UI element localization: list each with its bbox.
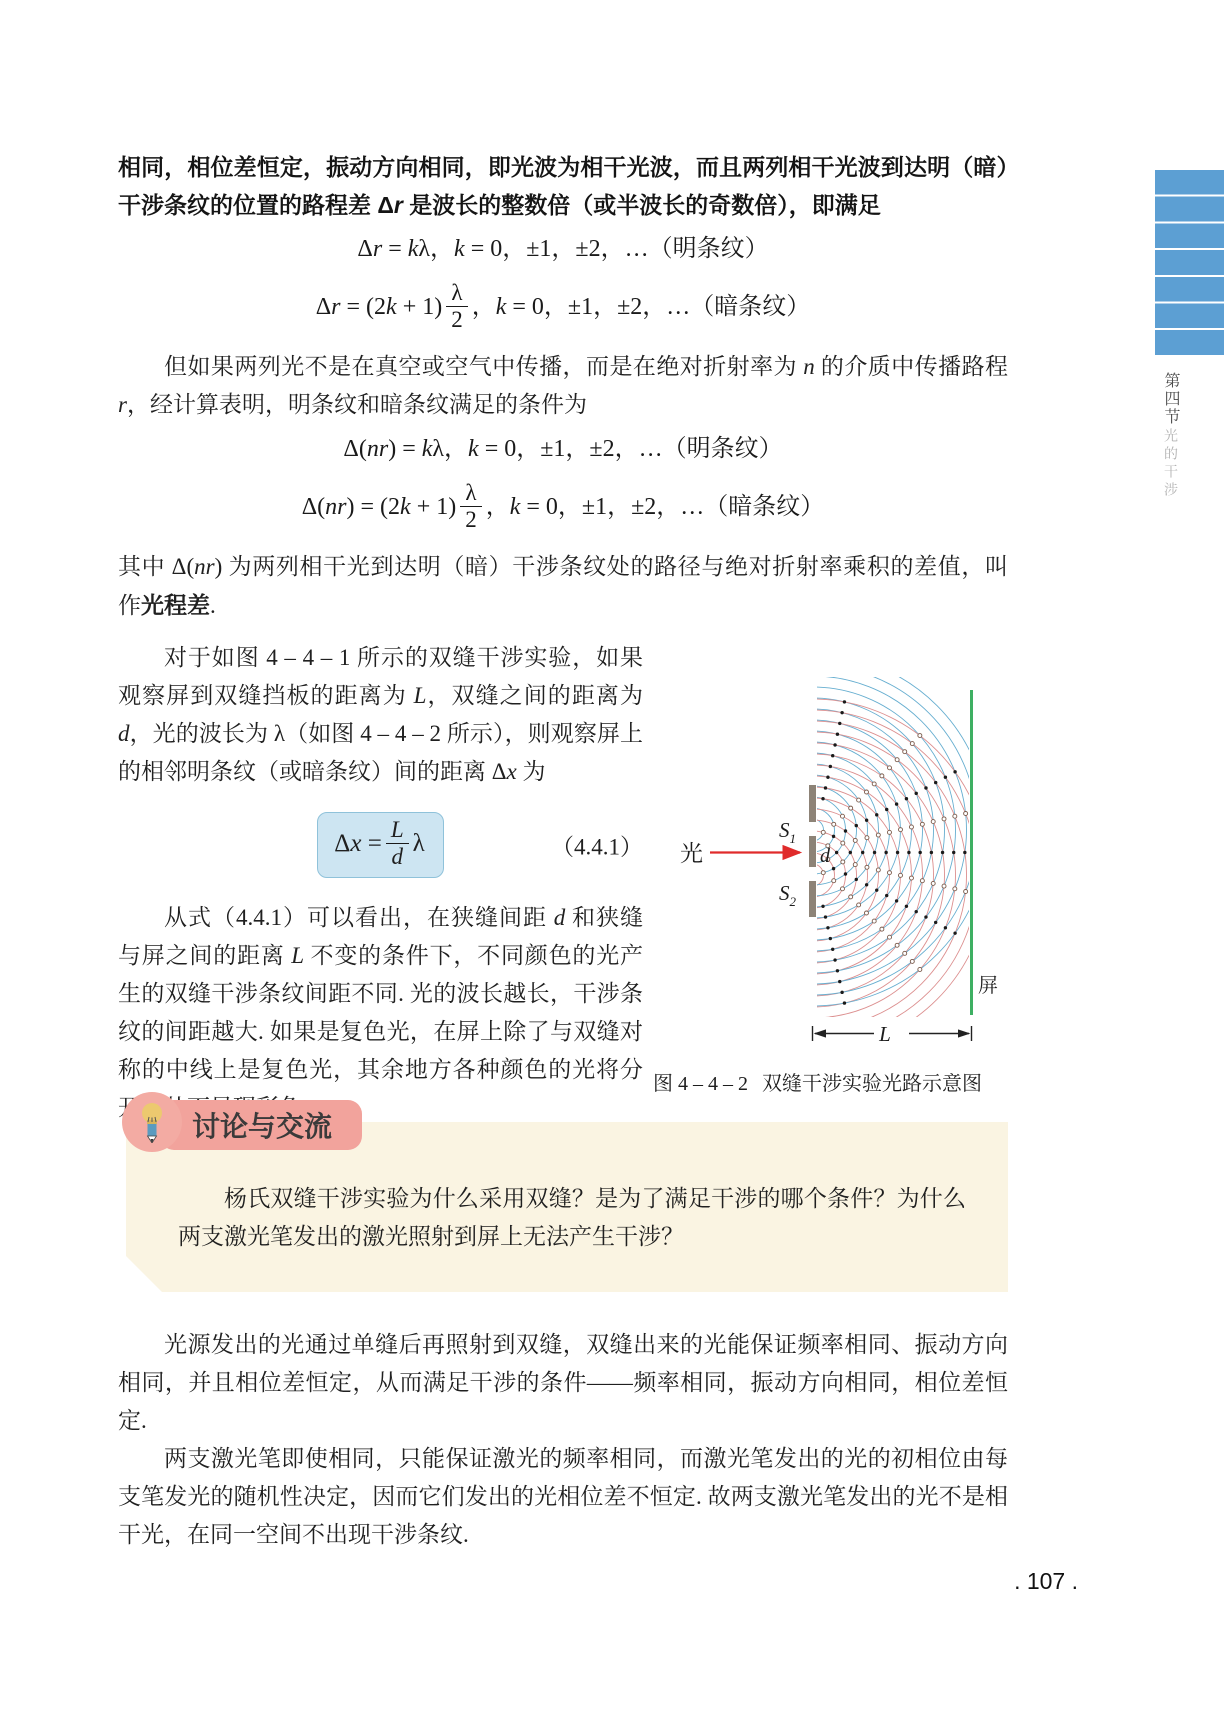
interference-dots	[821, 700, 967, 1005]
main-content: 相同，相位差恒定，振动方向相同，即光波为相干光波，而且两列相干光波到达明（暗）干…	[118, 148, 1008, 1127]
fringe-spacing-formula-box: Δx = L d λ	[317, 812, 443, 878]
intro-paragraph: 相同，相位差恒定，振动方向相同，即光波为相干光波，而且两列相干光波到达明（暗）干…	[118, 148, 1008, 224]
answer-paragraph-2: 两支激光笔即使相同，只能保证激光的频率相同，而激光笔发出的光的初相位由每支笔发光…	[118, 1440, 1008, 1554]
screen-label: 屏	[978, 974, 998, 997]
answer-paragraph-1: 光源发出的光通过单缝后再照射到双缝，双缝出来的光能保证频率相同、振动方向相同，并…	[118, 1326, 1008, 1440]
page-number: . 107 .	[1014, 1568, 1078, 1595]
section-number-vertical: 第四节	[1159, 372, 1182, 426]
fraction: λ 2	[460, 480, 482, 534]
fraction: λ 2	[446, 280, 468, 334]
length-dimension	[813, 1026, 972, 1041]
fraction: L d	[386, 817, 409, 871]
paragraph-medium: 但如果两列光不是在真空或空气中传播，而是在绝对折射率为 n 的介质中传播路程 r…	[118, 348, 1008, 424]
discussion-title: 讨论与交流	[192, 1105, 332, 1145]
discussion-badge: 讨论与交流	[118, 1092, 1008, 1150]
answer-section: 光源发出的光通过单缝后再照射到双缝，双缝出来的光能保证频率相同、振动方向相同，并…	[118, 1326, 1008, 1554]
discussion-icon-circle	[122, 1092, 182, 1152]
two-column-section: 对于如图 4 – 4 – 1 所示的双缝干涉实验，如果观察屏到双缝挡板的距离为 …	[118, 639, 1008, 1127]
slit-barrier	[809, 785, 816, 917]
lightbulb-pencil-icon	[135, 1101, 169, 1143]
discussion-title-pill: 讨论与交流	[160, 1100, 362, 1150]
slit2-label: S2	[779, 881, 797, 909]
slit-distance-label: d	[820, 845, 831, 867]
figure-column: 光 S1 S2 d 屏 L 图 4 – 4 – 2 双缝干涉实验光路示意图	[643, 639, 1008, 1127]
double-slit-diagram: 光 S1 S2 d 屏 L	[676, 665, 1016, 1065]
discussion-question: 杨氏双缝干涉实验为什么采用双缝？是为了满足干涉的哪个条件？为什么两支激光笔发出的…	[178, 1180, 966, 1256]
slit1-label: S1	[779, 818, 796, 846]
left-column: 对于如图 4 – 4 – 1 所示的双缝干涉实验，如果观察屏到双缝挡板的距离为 …	[118, 639, 643, 1127]
wavefront-arcs	[676, 665, 989, 1051]
chapter-tab	[1155, 170, 1224, 357]
discussion-section: 讨论与交流 杨氏双缝干涉实验为什么采用双缝？是为了满足干涉的哪个条件？为什么两支…	[118, 1092, 1008, 1292]
equation-number: （4.4.1）	[551, 828, 643, 861]
light-label: 光	[680, 841, 703, 866]
formula-dark-fringe-medium: Δ(nr) = (2k + 1) λ 2 ，k = 0，±1，±2，…（暗条纹）	[118, 480, 1008, 534]
length-label: L	[878, 1022, 891, 1046]
paragraph-double-slit: 对于如图 4 – 4 – 1 所示的双缝干涉实验，如果观察屏到双缝挡板的距离为 …	[118, 639, 643, 791]
paragraph-optical-path-difference: 其中 Δ(nr) 为两列相干光到达明（暗）干涉条纹处的路径与绝对折射率乘积的差值…	[118, 548, 1008, 625]
formula-bright-fringe-medium: Δ(nr) = kλ，k = 0，±1，±2，…（明条纹）	[118, 432, 1008, 466]
formula-dark-fringe-vacuum: Δr = (2k + 1) λ 2 ，k = 0，±1，±2，…（暗条纹）	[118, 280, 1008, 334]
section-title-vertical: 光的干涉	[1161, 428, 1181, 500]
formula-bright-fringe-vacuum: Δr = kλ，k = 0，±1，±2，…（明条纹）	[118, 232, 1008, 266]
equation-441-row: Δx = L d λ （4.4.1）	[118, 807, 643, 883]
